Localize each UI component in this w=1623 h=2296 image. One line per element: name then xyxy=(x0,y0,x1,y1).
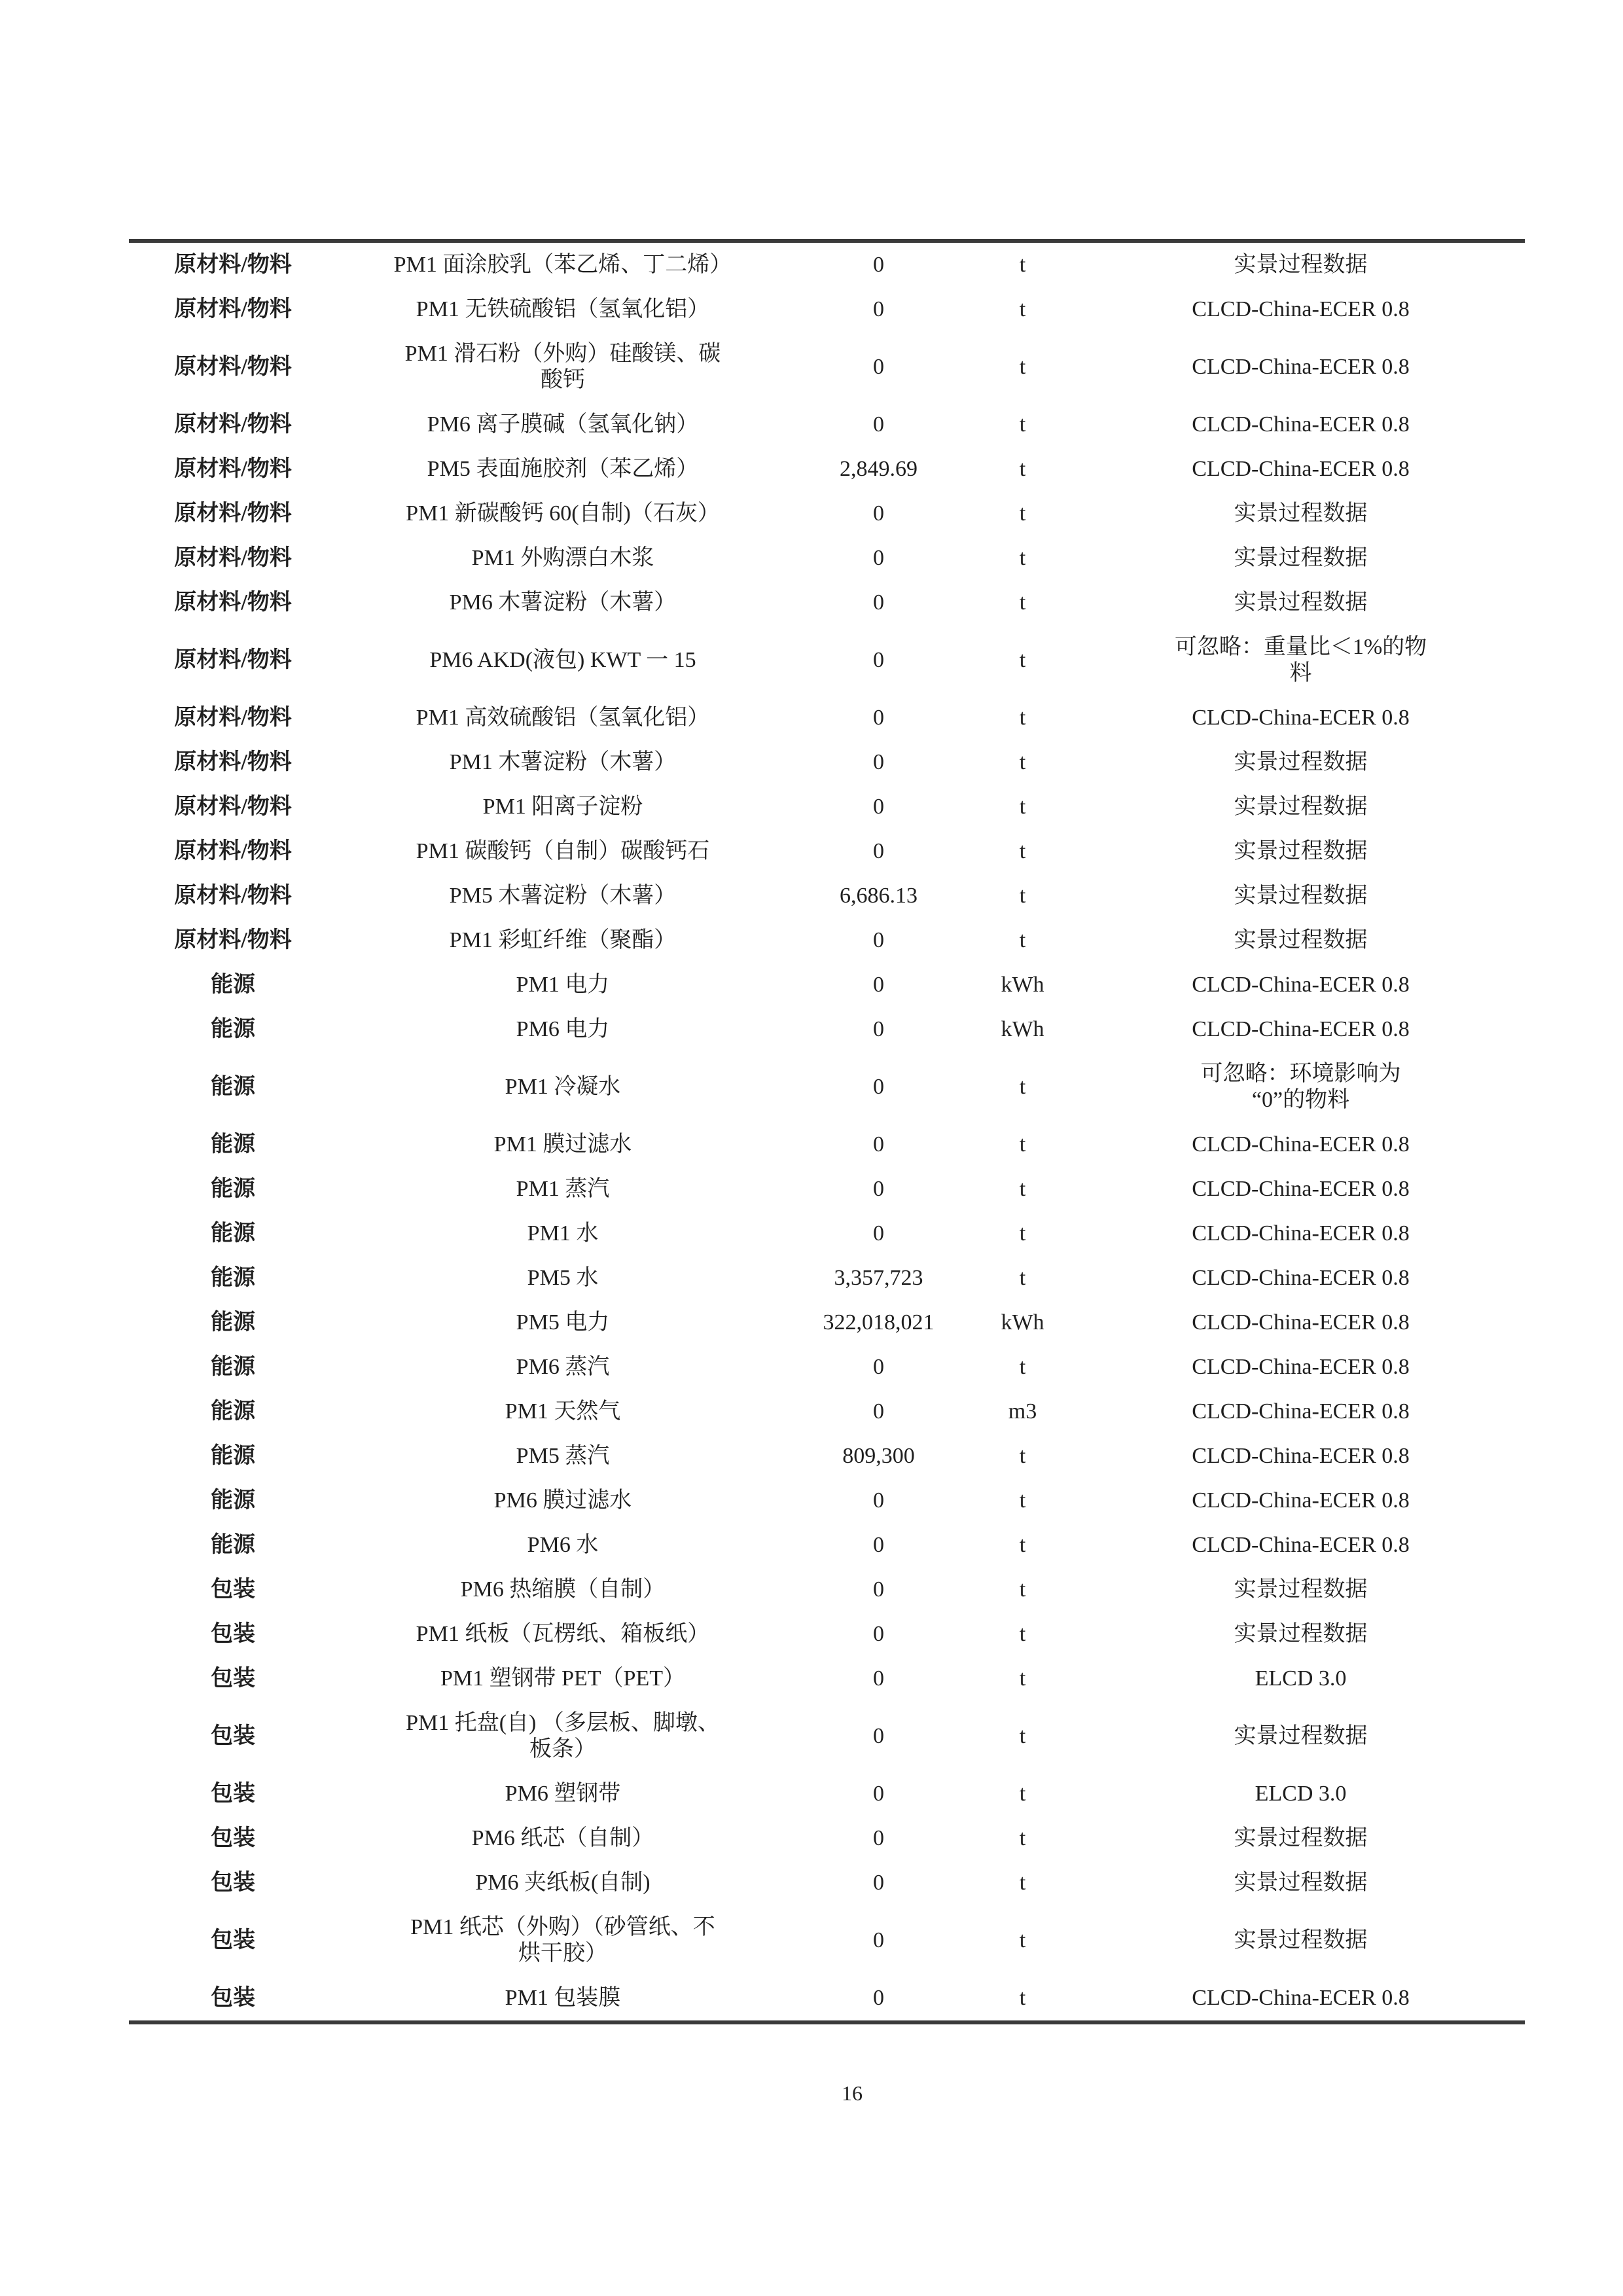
cell-name: PM6 AKD(液包) KWT 一 15 xyxy=(337,625,789,696)
cell-category: 原材料/物料 xyxy=(129,403,337,447)
table-row: 能源PM5 水3,357,723tCLCD-China-ECER 0.8 xyxy=(129,1256,1525,1300)
cell-source: 实景过程数据 xyxy=(1077,1905,1525,1976)
table-row: 原材料/物料PM1 木薯淀粉（木薯）0t实景过程数据 xyxy=(129,740,1525,785)
cell-source: ELCD 3.0 xyxy=(1077,1657,1525,1701)
cell-source: CLCD-China-ECER 0.8 xyxy=(1077,1122,1525,1167)
cell-category: 原材料/物料 xyxy=(129,241,337,287)
cell-category: 原材料/物料 xyxy=(129,785,337,829)
cell-unit: t xyxy=(969,829,1077,874)
cell-category: 原材料/物料 xyxy=(129,829,337,874)
cell-amount: 0 xyxy=(789,740,969,785)
cell-amount: 0 xyxy=(789,1861,969,1905)
cell-category: 能源 xyxy=(129,1256,337,1300)
cell-source: CLCD-China-ECER 0.8 xyxy=(1077,1300,1525,1345)
cell-unit: t xyxy=(969,1657,1077,1701)
table-row: 包装PM1 纸板（瓦楞纸、箱板纸）0t实景过程数据 xyxy=(129,1612,1525,1657)
table-row: 能源PM1 天然气0m3CLCD-China-ECER 0.8 xyxy=(129,1390,1525,1434)
cell-amount: 0 xyxy=(789,1052,969,1122)
cell-category: 能源 xyxy=(129,1479,337,1523)
cell-category: 能源 xyxy=(129,1052,337,1122)
cell-source: CLCD-China-ECER 0.8 xyxy=(1077,1211,1525,1256)
cell-name: PM1 滑石粉（外购）硅酸镁、碳 酸钙 xyxy=(337,332,789,403)
cell-name: PM5 蒸汽 xyxy=(337,1434,789,1479)
cell-amount: 0 xyxy=(789,1167,969,1211)
cell-name: PM1 蒸汽 xyxy=(337,1167,789,1211)
cell-category: 包装 xyxy=(129,1701,337,1772)
cell-amount: 0 xyxy=(789,1905,969,1976)
table-row: 原材料/物料PM5 木薯淀粉（木薯）6,686.13t实景过程数据 xyxy=(129,874,1525,918)
cell-amount: 0 xyxy=(789,1122,969,1167)
cell-unit: t xyxy=(969,403,1077,447)
table-row: 原材料/物料PM1 外购漂白木浆0t实景过程数据 xyxy=(129,536,1525,581)
cell-name: PM5 水 xyxy=(337,1256,789,1300)
cell-name: PM6 水 xyxy=(337,1523,789,1568)
cell-source: 实景过程数据 xyxy=(1077,1861,1525,1905)
cell-unit: t xyxy=(969,492,1077,536)
cell-amount: 0 xyxy=(789,1612,969,1657)
cell-name: PM1 彩虹纤维（聚酯） xyxy=(337,918,789,963)
cell-category: 能源 xyxy=(129,1122,337,1167)
cell-unit: kWh xyxy=(969,963,1077,1007)
cell-source: CLCD-China-ECER 0.8 xyxy=(1077,1523,1525,1568)
cell-amount: 0 xyxy=(789,1211,969,1256)
cell-name: PM1 纸板（瓦楞纸、箱板纸） xyxy=(337,1612,789,1657)
document-page: 原材料/物料PM1 面涂胶乳（苯乙烯、丁二烯）0t实景过程数据原材料/物料PM1… xyxy=(0,0,1623,2296)
cell-category: 原材料/物料 xyxy=(129,536,337,581)
cell-amount: 0 xyxy=(789,1390,969,1434)
cell-source: CLCD-China-ECER 0.8 xyxy=(1077,1007,1525,1052)
cell-amount: 0 xyxy=(789,1976,969,2022)
cell-unit: t xyxy=(969,447,1077,492)
cell-amount: 0 xyxy=(789,1816,969,1861)
cell-name: PM6 木薯淀粉（木薯） xyxy=(337,581,789,625)
cell-source: CLCD-China-ECER 0.8 xyxy=(1077,1976,1525,2022)
table-row: 包装PM1 纸芯（外购）（砂管纸、不 烘干胶）0t实景过程数据 xyxy=(129,1905,1525,1976)
cell-category: 原材料/物料 xyxy=(129,874,337,918)
cell-amount: 809,300 xyxy=(789,1434,969,1479)
page-number: 16 xyxy=(842,2081,863,2105)
cell-amount: 6,686.13 xyxy=(789,874,969,918)
cell-amount: 0 xyxy=(789,1657,969,1701)
cell-name: PM1 外购漂白木浆 xyxy=(337,536,789,581)
cell-amount: 0 xyxy=(789,332,969,403)
cell-category: 能源 xyxy=(129,1167,337,1211)
cell-category: 包装 xyxy=(129,1816,337,1861)
cell-category: 原材料/物料 xyxy=(129,287,337,332)
cell-unit: t xyxy=(969,1345,1077,1390)
table-row: 原材料/物料PM6 AKD(液包) KWT 一 150t可忽略：重量比＜1%的物… xyxy=(129,625,1525,696)
table-row: 能源PM1 膜过滤水0tCLCD-China-ECER 0.8 xyxy=(129,1122,1525,1167)
cell-source: CLCD-China-ECER 0.8 xyxy=(1077,403,1525,447)
cell-amount: 0 xyxy=(789,1007,969,1052)
cell-name: PM1 包装膜 xyxy=(337,1976,789,2022)
cell-unit: t xyxy=(969,1434,1077,1479)
cell-category: 包装 xyxy=(129,1568,337,1612)
cell-amount: 0 xyxy=(789,241,969,287)
cell-name: PM1 托盘(自) （多层板、脚墩、 板条） xyxy=(337,1701,789,1772)
cell-source: CLCD-China-ECER 0.8 xyxy=(1077,332,1525,403)
cell-name: PM1 阳离子淀粉 xyxy=(337,785,789,829)
cell-name: PM1 塑钢带 PET（PET） xyxy=(337,1657,789,1701)
cell-amount: 0 xyxy=(789,1479,969,1523)
table-row: 原材料/物料PM1 面涂胶乳（苯乙烯、丁二烯）0t实景过程数据 xyxy=(129,241,1525,287)
cell-unit: t xyxy=(969,1052,1077,1122)
cell-source: 实景过程数据 xyxy=(1077,492,1525,536)
cell-amount: 0 xyxy=(789,287,969,332)
cell-source: 实景过程数据 xyxy=(1077,785,1525,829)
table-row: 原材料/物料PM1 阳离子淀粉0t实景过程数据 xyxy=(129,785,1525,829)
table-row: 原材料/物料PM5 表面施胶剂（苯乙烯）2,849.69tCLCD-China-… xyxy=(129,447,1525,492)
table-row: 包装PM6 纸芯（自制）0t实景过程数据 xyxy=(129,1816,1525,1861)
cell-unit: t xyxy=(969,918,1077,963)
table-row: 能源PM6 水0tCLCD-China-ECER 0.8 xyxy=(129,1523,1525,1568)
cell-category: 能源 xyxy=(129,1345,337,1390)
cell-source: 实景过程数据 xyxy=(1077,1816,1525,1861)
cell-category: 能源 xyxy=(129,1007,337,1052)
cell-name: PM1 电力 xyxy=(337,963,789,1007)
cell-name: PM6 离子膜碱（氢氧化钠） xyxy=(337,403,789,447)
table-row: 原材料/物料PM1 滑石粉（外购）硅酸镁、碳 酸钙0tCLCD-China-EC… xyxy=(129,332,1525,403)
cell-source: 可忽略：重量比＜1%的物 料 xyxy=(1077,625,1525,696)
cell-unit: t xyxy=(969,785,1077,829)
cell-category: 能源 xyxy=(129,963,337,1007)
cell-unit: t xyxy=(969,1861,1077,1905)
cell-source: CLCD-China-ECER 0.8 xyxy=(1077,1479,1525,1523)
cell-category: 包装 xyxy=(129,1612,337,1657)
cell-unit: t xyxy=(969,1479,1077,1523)
cell-unit: t xyxy=(969,287,1077,332)
cell-source: 实景过程数据 xyxy=(1077,1568,1525,1612)
cell-unit: t xyxy=(969,1976,1077,2022)
cell-unit: t xyxy=(969,1122,1077,1167)
cell-unit: t xyxy=(969,874,1077,918)
cell-source: CLCD-China-ECER 0.8 xyxy=(1077,1167,1525,1211)
table-row: 原材料/物料PM1 碳酸钙（自制）碳酸钙石0t实景过程数据 xyxy=(129,829,1525,874)
cell-amount: 0 xyxy=(789,403,969,447)
inventory-table: 原材料/物料PM1 面涂胶乳（苯乙烯、丁二烯）0t实景过程数据原材料/物料PM1… xyxy=(129,239,1525,2024)
cell-unit: t xyxy=(969,1568,1077,1612)
cell-name: PM6 夹纸板(自制) xyxy=(337,1861,789,1905)
cell-amount: 0 xyxy=(789,536,969,581)
cell-source: 实景过程数据 xyxy=(1077,1612,1525,1657)
cell-category: 能源 xyxy=(129,1523,337,1568)
cell-unit: kWh xyxy=(969,1007,1077,1052)
cell-amount: 0 xyxy=(789,918,969,963)
cell-source: CLCD-China-ECER 0.8 xyxy=(1077,1434,1525,1479)
cell-source: ELCD 3.0 xyxy=(1077,1772,1525,1816)
table-row: 能源PM6 膜过滤水0tCLCD-China-ECER 0.8 xyxy=(129,1479,1525,1523)
table-row: 原材料/物料PM6 木薯淀粉（木薯）0t实景过程数据 xyxy=(129,581,1525,625)
cell-name: PM6 膜过滤水 xyxy=(337,1479,789,1523)
cell-name: PM1 高效硫酸铝（氢氧化铝） xyxy=(337,696,789,740)
cell-amount: 0 xyxy=(789,696,969,740)
table-row: 原材料/物料PM1 彩虹纤维（聚酯）0t实景过程数据 xyxy=(129,918,1525,963)
cell-unit: t xyxy=(969,241,1077,287)
cell-source: CLCD-China-ECER 0.8 xyxy=(1077,1390,1525,1434)
table-row: 能源PM1 电力0kWhCLCD-China-ECER 0.8 xyxy=(129,963,1525,1007)
cell-category: 原材料/物料 xyxy=(129,918,337,963)
cell-name: PM6 热缩膜（自制） xyxy=(337,1568,789,1612)
cell-source: CLCD-China-ECER 0.8 xyxy=(1077,696,1525,740)
cell-unit: m3 xyxy=(969,1390,1077,1434)
cell-unit: t xyxy=(969,1256,1077,1300)
table-row: 原材料/物料PM1 新碳酸钙 60(自制)（石灰）0t实景过程数据 xyxy=(129,492,1525,536)
table-row: 能源PM1 蒸汽0tCLCD-China-ECER 0.8 xyxy=(129,1167,1525,1211)
cell-name: PM6 蒸汽 xyxy=(337,1345,789,1390)
cell-amount: 322,018,021 xyxy=(789,1300,969,1345)
cell-amount: 0 xyxy=(789,1772,969,1816)
table-row: 包装PM6 塑钢带0tELCD 3.0 xyxy=(129,1772,1525,1816)
cell-source: 实景过程数据 xyxy=(1077,918,1525,963)
cell-source: CLCD-China-ECER 0.8 xyxy=(1077,963,1525,1007)
cell-name: PM6 电力 xyxy=(337,1007,789,1052)
table-row: 原材料/物料PM1 高效硫酸铝（氢氧化铝）0tCLCD-China-ECER 0… xyxy=(129,696,1525,740)
cell-source: 实景过程数据 xyxy=(1077,1701,1525,1772)
table-row: 包装PM6 夹纸板(自制)0t实景过程数据 xyxy=(129,1861,1525,1905)
cell-amount: 0 xyxy=(789,581,969,625)
cell-unit: t xyxy=(969,1772,1077,1816)
cell-unit: kWh xyxy=(969,1300,1077,1345)
cell-name: PM1 冷凝水 xyxy=(337,1052,789,1122)
cell-source: 实景过程数据 xyxy=(1077,536,1525,581)
cell-category: 原材料/物料 xyxy=(129,581,337,625)
cell-category: 能源 xyxy=(129,1390,337,1434)
table-row: 包装PM1 包装膜0tCLCD-China-ECER 0.8 xyxy=(129,1976,1525,2022)
cell-name: PM1 水 xyxy=(337,1211,789,1256)
cell-name: PM1 纸芯（外购）（砂管纸、不 烘干胶） xyxy=(337,1905,789,1976)
cell-amount: 0 xyxy=(789,785,969,829)
cell-category: 原材料/物料 xyxy=(129,492,337,536)
inventory-table-body: 原材料/物料PM1 面涂胶乳（苯乙烯、丁二烯）0t实景过程数据原材料/物料PM1… xyxy=(129,241,1525,2022)
table-row: 能源PM1 冷凝水0t可忽略：环境影响为 “0”的物料 xyxy=(129,1052,1525,1122)
table-row: 能源PM5 蒸汽809,300tCLCD-China-ECER 0.8 xyxy=(129,1434,1525,1479)
cell-unit: t xyxy=(969,1612,1077,1657)
cell-amount: 0 xyxy=(789,492,969,536)
cell-amount: 3,357,723 xyxy=(789,1256,969,1300)
table-row: 原材料/物料PM1 无铁硫酸铝（氢氧化铝）0tCLCD-China-ECER 0… xyxy=(129,287,1525,332)
cell-unit: t xyxy=(969,1905,1077,1976)
cell-unit: t xyxy=(969,1211,1077,1256)
cell-unit: t xyxy=(969,581,1077,625)
cell-category: 包装 xyxy=(129,1905,337,1976)
cell-name: PM1 膜过滤水 xyxy=(337,1122,789,1167)
cell-source: 实景过程数据 xyxy=(1077,581,1525,625)
cell-source: CLCD-China-ECER 0.8 xyxy=(1077,287,1525,332)
cell-category: 原材料/物料 xyxy=(129,696,337,740)
cell-unit: t xyxy=(969,1701,1077,1772)
cell-name: PM1 木薯淀粉（木薯） xyxy=(337,740,789,785)
cell-amount: 0 xyxy=(789,1568,969,1612)
cell-source: CLCD-China-ECER 0.8 xyxy=(1077,1256,1525,1300)
cell-source: 实景过程数据 xyxy=(1077,740,1525,785)
cell-category: 能源 xyxy=(129,1300,337,1345)
cell-unit: t xyxy=(969,740,1077,785)
cell-name: PM1 面涂胶乳（苯乙烯、丁二烯） xyxy=(337,241,789,287)
cell-unit: t xyxy=(969,696,1077,740)
cell-name: PM1 碳酸钙（自制）碳酸钙石 xyxy=(337,829,789,874)
cell-name: PM5 木薯淀粉（木薯） xyxy=(337,874,789,918)
cell-amount: 0 xyxy=(789,829,969,874)
cell-amount: 0 xyxy=(789,1701,969,1772)
cell-category: 原材料/物料 xyxy=(129,447,337,492)
table-row: 包装PM1 托盘(自) （多层板、脚墩、 板条）0t实景过程数据 xyxy=(129,1701,1525,1772)
table-row: 能源PM5 电力322,018,021kWhCLCD-China-ECER 0.… xyxy=(129,1300,1525,1345)
cell-name: PM6 纸芯（自制） xyxy=(337,1816,789,1861)
cell-category: 能源 xyxy=(129,1211,337,1256)
table-row: 包装PM6 热缩膜（自制）0t实景过程数据 xyxy=(129,1568,1525,1612)
cell-source: 可忽略：环境影响为 “0”的物料 xyxy=(1077,1052,1525,1122)
cell-name: PM1 无铁硫酸铝（氢氧化铝） xyxy=(337,287,789,332)
cell-category: 原材料/物料 xyxy=(129,332,337,403)
cell-source: 实景过程数据 xyxy=(1077,829,1525,874)
cell-name: PM6 塑钢带 xyxy=(337,1772,789,1816)
cell-unit: t xyxy=(969,1816,1077,1861)
table-row: 能源PM1 水0tCLCD-China-ECER 0.8 xyxy=(129,1211,1525,1256)
table-row: 能源PM6 蒸汽0tCLCD-China-ECER 0.8 xyxy=(129,1345,1525,1390)
cell-name: PM1 新碳酸钙 60(自制)（石灰） xyxy=(337,492,789,536)
cell-unit: t xyxy=(969,536,1077,581)
cell-amount: 0 xyxy=(789,625,969,696)
cell-category: 包装 xyxy=(129,1976,337,2022)
cell-category: 原材料/物料 xyxy=(129,625,337,696)
table-row: 原材料/物料PM6 离子膜碱（氢氧化钠）0tCLCD-China-ECER 0.… xyxy=(129,403,1525,447)
cell-category: 能源 xyxy=(129,1434,337,1479)
cell-amount: 2,849.69 xyxy=(789,447,969,492)
cell-category: 原材料/物料 xyxy=(129,740,337,785)
cell-category: 包装 xyxy=(129,1861,337,1905)
cell-unit: t xyxy=(969,625,1077,696)
cell-unit: t xyxy=(969,1167,1077,1211)
cell-amount: 0 xyxy=(789,1345,969,1390)
table-row: 包装PM1 塑钢带 PET（PET）0tELCD 3.0 xyxy=(129,1657,1525,1701)
cell-source: CLCD-China-ECER 0.8 xyxy=(1077,1345,1525,1390)
cell-name: PM5 电力 xyxy=(337,1300,789,1345)
cell-unit: t xyxy=(969,332,1077,403)
cell-name: PM1 天然气 xyxy=(337,1390,789,1434)
table-row: 能源PM6 电力0kWhCLCD-China-ECER 0.8 xyxy=(129,1007,1525,1052)
cell-source: 实景过程数据 xyxy=(1077,874,1525,918)
cell-unit: t xyxy=(969,1523,1077,1568)
cell-name: PM5 表面施胶剂（苯乙烯） xyxy=(337,447,789,492)
cell-amount: 0 xyxy=(789,1523,969,1568)
cell-category: 包装 xyxy=(129,1772,337,1816)
cell-source: 实景过程数据 xyxy=(1077,241,1525,287)
cell-category: 包装 xyxy=(129,1657,337,1701)
cell-amount: 0 xyxy=(789,963,969,1007)
cell-source: CLCD-China-ECER 0.8 xyxy=(1077,447,1525,492)
